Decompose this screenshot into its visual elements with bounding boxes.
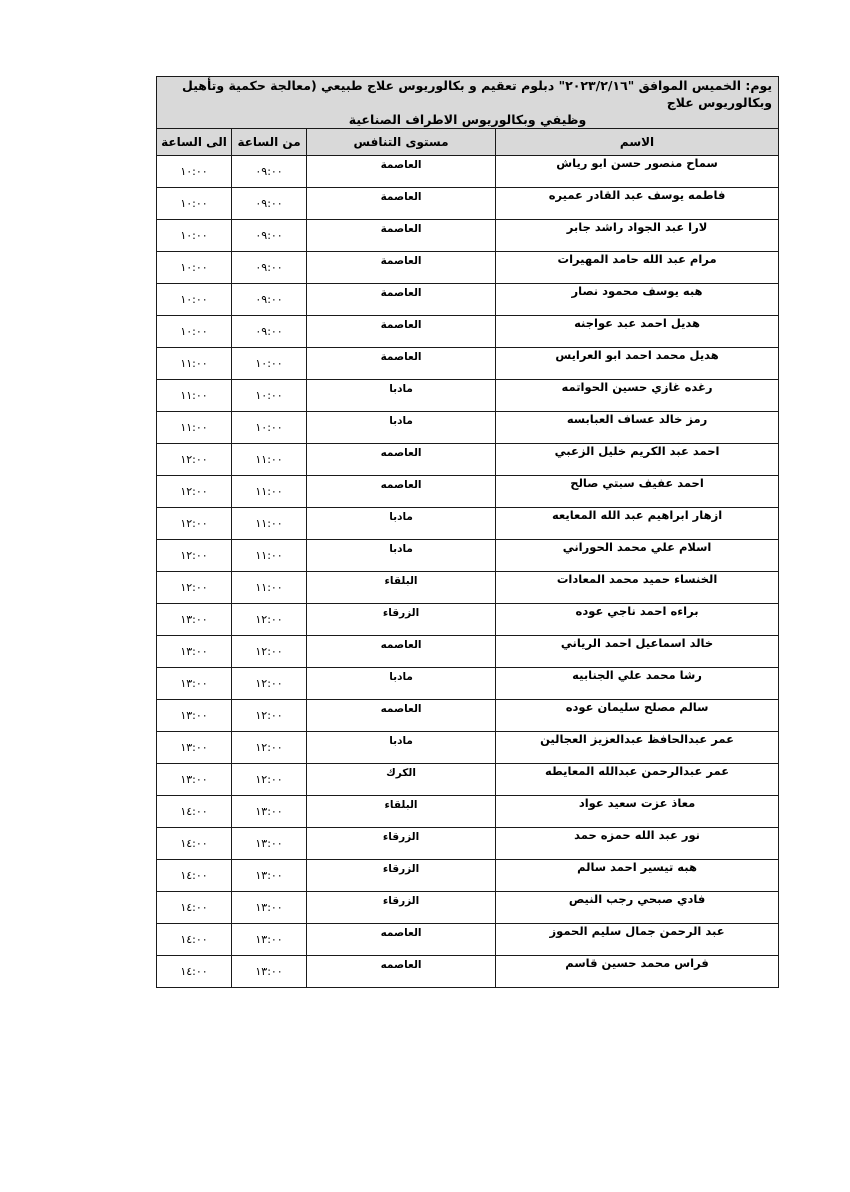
end-time: ١٠:٠٠ <box>157 156 232 188</box>
candidate-name: براءه احمد ناجي عوده <box>496 604 779 636</box>
table-row: نور عبد الله حمزه حمدالزرقاء١٣:٠٠١٤:٠٠ <box>157 828 779 860</box>
competition-level: العاصمه <box>307 924 496 956</box>
column-header-to: الى الساعة <box>157 129 232 156</box>
table-row: عمر عبدالرحمن عبدالله المعايطهالكرك١٢:٠٠… <box>157 764 779 796</box>
end-time: ١١:٠٠ <box>157 412 232 444</box>
table-row: هديل محمد احمد ابو العرايسالعاصمة١٠:٠٠١١… <box>157 348 779 380</box>
table-row: براءه احمد ناجي عودهالزرقاء١٢:٠٠١٣:٠٠ <box>157 604 779 636</box>
table-row: فراس محمد حسين قاسمالعاصمه١٣:٠٠١٤:٠٠ <box>157 956 779 988</box>
competition-level: مادبا <box>307 412 496 444</box>
table-row: معاذ عزت سعيد عوادالبلقاء١٣:٠٠١٤:٠٠ <box>157 796 779 828</box>
start-time: ١٢:٠٠ <box>232 604 307 636</box>
table-row: سالم مصلح سليمان عودهالعاصمه١٢:٠٠١٣:٠٠ <box>157 700 779 732</box>
competition-level: العاصمة <box>307 284 496 316</box>
competition-level: البلقاء <box>307 572 496 604</box>
candidate-name: هبه تيسير احمد سالم <box>496 860 779 892</box>
end-time: ١٢:٠٠ <box>157 444 232 476</box>
competition-level: البلقاء <box>307 796 496 828</box>
table-row: خالد اسماعيل احمد الريانيالعاصمه١٢:٠٠١٣:… <box>157 636 779 668</box>
candidate-name: رشا محمد علي الجنابيه <box>496 668 779 700</box>
competition-level: العاصمه <box>307 636 496 668</box>
competition-level: مادبا <box>307 380 496 412</box>
table-row: اسلام علي محمد الحورانيمادبا١١:٠٠١٢:٠٠ <box>157 540 779 572</box>
start-time: ١٣:٠٠ <box>232 796 307 828</box>
competition-level: مادبا <box>307 508 496 540</box>
start-time: ١٢:٠٠ <box>232 732 307 764</box>
end-time: ١٤:٠٠ <box>157 796 232 828</box>
start-time: ١٣:٠٠ <box>232 828 307 860</box>
competition-level: مادبا <box>307 668 496 700</box>
candidate-name: خالد اسماعيل احمد الرياني <box>496 636 779 668</box>
table-row: احمد عفيف سبتي صالحالعاصمه١١:٠٠١٢:٠٠ <box>157 476 779 508</box>
end-time: ١١:٠٠ <box>157 348 232 380</box>
competition-level: العاصمة <box>307 188 496 220</box>
table-row: لارا عبد الجواد راشد جابرالعاصمة٠٩:٠٠١٠:… <box>157 220 779 252</box>
end-time: ١٣:٠٠ <box>157 764 232 796</box>
candidate-name: الخنساء حميد محمد المعادات <box>496 572 779 604</box>
table-row: احمد عبد الكريم خليل الزعبيالعاصمه١١:٠٠١… <box>157 444 779 476</box>
end-time: ١٠:٠٠ <box>157 252 232 284</box>
start-time: ١٠:٠٠ <box>232 380 307 412</box>
table-row: عبد الرحمن جمال سليم الحموزالعاصمه١٣:٠٠١… <box>157 924 779 956</box>
candidate-name: رمز خالد عساف العبابسه <box>496 412 779 444</box>
candidate-name: فاطمه يوسف عبد القادر عميره <box>496 188 779 220</box>
end-time: ١٠:٠٠ <box>157 220 232 252</box>
start-time: ١١:٠٠ <box>232 476 307 508</box>
end-time: ١٠:٠٠ <box>157 284 232 316</box>
start-time: ١٢:٠٠ <box>232 700 307 732</box>
candidate-name: هديل محمد احمد ابو العرايس <box>496 348 779 380</box>
competition-level: العاصمه <box>307 476 496 508</box>
start-time: ١١:٠٠ <box>232 508 307 540</box>
table-row: مرام عبد الله حامد المهيراتالعاصمة٠٩:٠٠١… <box>157 252 779 284</box>
candidate-name: عبد الرحمن جمال سليم الحموز <box>496 924 779 956</box>
start-time: ١٠:٠٠ <box>232 412 307 444</box>
competition-level: الزرقاء <box>307 604 496 636</box>
candidate-name: رغده غازي حسين الحواتمه <box>496 380 779 412</box>
start-time: ١١:٠٠ <box>232 540 307 572</box>
competition-level: العاصمه <box>307 956 496 988</box>
table-row: رمز خالد عساف العبابسهمادبا١٠:٠٠١١:٠٠ <box>157 412 779 444</box>
table-row: الخنساء حميد محمد المعاداتالبلقاء١١:٠٠١٢… <box>157 572 779 604</box>
start-time: ١١:٠٠ <box>232 572 307 604</box>
competition-level: الزرقاء <box>307 892 496 924</box>
start-time: ٠٩:٠٠ <box>232 156 307 188</box>
exam-schedule-table: يوم: الخميس الموافق "٢٠٢٣/٢/١٦" دبلوم تع… <box>156 76 779 988</box>
competition-level: العاصمة <box>307 348 496 380</box>
candidate-name: سالم مصلح سليمان عوده <box>496 700 779 732</box>
end-time: ١٤:٠٠ <box>157 828 232 860</box>
start-time: ١٠:٠٠ <box>232 348 307 380</box>
end-time: ١١:٠٠ <box>157 380 232 412</box>
end-time: ١٢:٠٠ <box>157 540 232 572</box>
start-time: ١٢:٠٠ <box>232 636 307 668</box>
start-time: ٠٩:٠٠ <box>232 316 307 348</box>
table-row: سماح منصور حسن ابو رياشالعاصمة٠٩:٠٠١٠:٠٠ <box>157 156 779 188</box>
column-header-from: من الساعة <box>232 129 307 156</box>
candidate-name: نور عبد الله حمزه حمد <box>496 828 779 860</box>
candidate-name: لارا عبد الجواد راشد جابر <box>496 220 779 252</box>
start-time: ٠٩:٠٠ <box>232 188 307 220</box>
end-time: ١٣:٠٠ <box>157 668 232 700</box>
candidate-name: ازهار ابراهيم عبد الله المعايعه <box>496 508 779 540</box>
candidate-name: مرام عبد الله حامد المهيرات <box>496 252 779 284</box>
schedule-page: يوم: الخميس الموافق "٢٠٢٣/٢/١٦" دبلوم تع… <box>156 76 778 988</box>
end-time: ١٠:٠٠ <box>157 316 232 348</box>
start-time: ١٣:٠٠ <box>232 956 307 988</box>
competition-level: الزرقاء <box>307 828 496 860</box>
end-time: ١٢:٠٠ <box>157 476 232 508</box>
candidate-name: سماح منصور حسن ابو رياش <box>496 156 779 188</box>
end-time: ١٣:٠٠ <box>157 732 232 764</box>
table-row: فادي صبحي رجب النيصالزرقاء١٣:٠٠١٤:٠٠ <box>157 892 779 924</box>
table-row: هبه يوسف محمود نصارالعاصمة٠٩:٠٠١٠:٠٠ <box>157 284 779 316</box>
title-row: يوم: الخميس الموافق "٢٠٢٣/٢/١٦" دبلوم تع… <box>157 77 779 129</box>
candidate-name: عمر عبدالحافظ عبدالعزيز العجالين <box>496 732 779 764</box>
table-row: رغده غازي حسين الحواتمهمادبا١٠:٠٠١١:٠٠ <box>157 380 779 412</box>
start-time: ٠٩:٠٠ <box>232 284 307 316</box>
table-row: عمر عبدالحافظ عبدالعزيز العجالينمادبا١٢:… <box>157 732 779 764</box>
candidate-name: هديل احمد عبد عواجنه <box>496 316 779 348</box>
column-header-level: مستوى التنافس <box>307 129 496 156</box>
candidate-name: احمد عفيف سبتي صالح <box>496 476 779 508</box>
candidate-name: هبه يوسف محمود نصار <box>496 284 779 316</box>
start-time: ١٣:٠٠ <box>232 924 307 956</box>
table-row: رشا محمد علي الجنابيهمادبا١٢:٠٠١٣:٠٠ <box>157 668 779 700</box>
end-time: ١٣:٠٠ <box>157 636 232 668</box>
candidate-name: احمد عبد الكريم خليل الزعبي <box>496 444 779 476</box>
candidate-name: فراس محمد حسين قاسم <box>496 956 779 988</box>
competition-level: مادبا <box>307 540 496 572</box>
table-row: ازهار ابراهيم عبد الله المعايعهمادبا١١:٠… <box>157 508 779 540</box>
start-time: ١٢:٠٠ <box>232 764 307 796</box>
competition-level: العاصمة <box>307 220 496 252</box>
competition-level: العاصمه <box>307 700 496 732</box>
candidate-name: عمر عبدالرحمن عبدالله المعايطه <box>496 764 779 796</box>
competition-level: العاصمة <box>307 156 496 188</box>
end-time: ١٣:٠٠ <box>157 604 232 636</box>
table-row: فاطمه يوسف عبد القادر عميرهالعاصمة٠٩:٠٠١… <box>157 188 779 220</box>
competition-level: مادبا <box>307 732 496 764</box>
candidate-name: معاذ عزت سعيد عواد <box>496 796 779 828</box>
start-time: ١٣:٠٠ <box>232 892 307 924</box>
end-time: ١٤:٠٠ <box>157 892 232 924</box>
end-time: ١٤:٠٠ <box>157 924 232 956</box>
start-time: ٠٩:٠٠ <box>232 252 307 284</box>
table-row: هبه تيسير احمد سالمالزرقاء١٣:٠٠١٤:٠٠ <box>157 860 779 892</box>
candidate-name: اسلام علي محمد الحوراني <box>496 540 779 572</box>
column-header-row: الاسم مستوى التنافس من الساعة الى الساعة <box>157 129 779 156</box>
competition-level: العاصمه <box>307 444 496 476</box>
schedule-body: سماح منصور حسن ابو رياشالعاصمة٠٩:٠٠١٠:٠٠… <box>157 156 779 988</box>
start-time: ٠٩:٠٠ <box>232 220 307 252</box>
start-time: ١١:٠٠ <box>232 444 307 476</box>
title-line-1: يوم: الخميس الموافق "٢٠٢٣/٢/١٦" دبلوم تع… <box>163 77 772 111</box>
end-time: ١٤:٠٠ <box>157 956 232 988</box>
end-time: ١٤:٠٠ <box>157 860 232 892</box>
start-time: ١٣:٠٠ <box>232 860 307 892</box>
competition-level: الزرقاء <box>307 860 496 892</box>
schedule-title: يوم: الخميس الموافق "٢٠٢٣/٢/١٦" دبلوم تع… <box>157 77 779 129</box>
end-time: ١٢:٠٠ <box>157 572 232 604</box>
candidate-name: فادي صبحي رجب النيص <box>496 892 779 924</box>
competition-level: الكرك <box>307 764 496 796</box>
column-header-name: الاسم <box>496 129 779 156</box>
end-time: ١٠:٠٠ <box>157 188 232 220</box>
end-time: ١٣:٠٠ <box>157 700 232 732</box>
start-time: ١٢:٠٠ <box>232 668 307 700</box>
competition-level: العاصمة <box>307 252 496 284</box>
competition-level: العاصمة <box>307 316 496 348</box>
title-line-2: وظيفي وبكالوريوس الاطراف الصناعية <box>163 111 772 128</box>
end-time: ١٢:٠٠ <box>157 508 232 540</box>
table-row: هديل احمد عبد عواجنهالعاصمة٠٩:٠٠١٠:٠٠ <box>157 316 779 348</box>
